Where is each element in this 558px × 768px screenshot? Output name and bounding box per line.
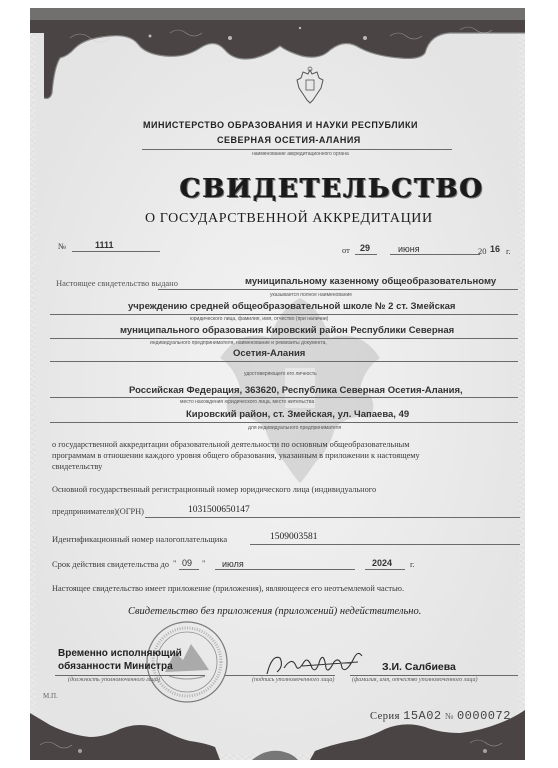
signatory-name: З.И. Салбиева [382, 661, 456, 673]
number-label: № [58, 241, 66, 251]
issue-month-underline [390, 254, 480, 255]
issued-to-line-3: муниципального образования Кировский рай… [120, 325, 454, 336]
signatory-position-caption: (должность уполномоченного лица) [68, 677, 160, 683]
issue-date-prefix: от [342, 245, 350, 255]
signatory-position-line-2: обязанности Министра [58, 661, 173, 673]
issue-day: 29 [360, 243, 370, 253]
bottom-ornament-border [30, 695, 525, 760]
issued-to-line-6: Кировский район, ст. Змейская, ул. Чапае… [186, 409, 409, 420]
issued-to-caption-2: юридического лица, фамилия, имя, отчеств… [190, 316, 328, 322]
coat-of-arms-icon [295, 66, 325, 104]
issued-to-label: Настоящее свидетельство выдано [56, 278, 178, 288]
inn-value: 1509003581 [270, 532, 318, 542]
validity-label: Срок действия свидетельства до [52, 559, 169, 569]
issued-to-line-4: Осетия-Алания [233, 348, 305, 359]
inn-label: Идентификационный номер налогоплательщик… [52, 534, 227, 544]
issued-to-caption-4: удостоверяющего его личность [244, 371, 317, 377]
issued-to-caption-5: место нахождения юридического лица, мест… [180, 399, 314, 405]
signatory-name-caption: (фамилия, имя, отчество уполномоченного … [352, 677, 477, 683]
authority-line-1: МИНИСТЕРСТВО ОБРАЗОВАНИЯ И НАУКИ РЕСПУБЛ… [143, 120, 418, 130]
validity-day: 09 [182, 558, 192, 568]
issued-to-line-2: учреждению средней общеобразовательной ш… [128, 301, 455, 312]
validity-year-underline [365, 569, 405, 570]
issued-to-underline-3 [50, 338, 518, 339]
ogrn-value: 1031500650147 [188, 505, 250, 515]
issued-to-line-5: Российская Федерация, 363620, Республика… [129, 385, 463, 396]
validity-open-quote: " [173, 558, 176, 568]
certificate-number: 1111 [95, 240, 114, 250]
signatory-name-underline [350, 675, 518, 676]
validity-year: 2024 [372, 558, 392, 568]
ogrn-underline [145, 517, 520, 518]
accreditation-text-line-2: программам в отношении каждого уровня об… [52, 451, 420, 460]
certificate-title: СВИДЕТЕЛЬСТВО [180, 174, 484, 204]
signature-underline [225, 675, 335, 676]
issued-to-caption-1: указывается полное наименование [270, 292, 352, 298]
issued-to-underline-5 [50, 397, 518, 398]
validity-year-unit: г. [410, 559, 415, 569]
number-underline [72, 251, 160, 252]
authority-line-2: СЕВЕРНАЯ ОСЕТИЯ-АЛАНИЯ [217, 135, 361, 145]
certificate-page: МИНИСТЕРСТВО ОБРАЗОВАНИЯ И НАУКИ РЕСПУБЛ… [30, 8, 525, 760]
issued-to-line-1: муниципальному казенному общеобразовател… [245, 276, 496, 287]
authority-caption: наименование аккредитационного органа [252, 151, 349, 157]
ogrn-label-line-2: предпринимателя)(ОГРН) [52, 507, 144, 516]
ogrn-label-line-1: Основной государственный регистрационный… [52, 485, 376, 494]
issued-to-caption-6: для индивидуального предпринимателя [248, 425, 341, 431]
signatory-position-line-1: Временно исполняющий [58, 648, 182, 660]
issue-year-suffix: 16 [490, 244, 500, 254]
appendix-note: Настоящее свидетельство имеет приложение… [52, 584, 404, 593]
issue-day-underline [355, 254, 377, 255]
inn-underline [250, 544, 520, 545]
issued-to-caption-3: индивидуального предпринимателя, наимено… [150, 340, 327, 346]
validity-day-underline [179, 569, 199, 570]
validity-month-underline [215, 569, 355, 570]
issued-to-underline-6 [50, 422, 518, 423]
issued-to-underline-2 [50, 314, 518, 315]
validity-month: июля [222, 559, 244, 569]
issued-to-underline-4 [50, 361, 518, 362]
issue-month: июня [398, 244, 420, 254]
issue-year-unit: г. [506, 246, 511, 256]
top-ornament-border [30, 8, 525, 108]
certificate-subtitle: О ГОСУДАРСТВЕННОЙ АККРЕДИТАЦИИ [145, 211, 433, 227]
issued-to-underline-1 [158, 289, 518, 290]
invalid-note: Свидетельство без приложения (приложений… [128, 606, 421, 617]
accreditation-text-line-1: о государственной аккредитации образоват… [52, 440, 409, 449]
issue-year-prefix: 20 [478, 246, 487, 256]
signature-caption: (подпись уполномоченного лица) [252, 677, 334, 683]
validity-close-quote: " [202, 558, 205, 568]
accreditation-text-line-3: свидетельству [52, 462, 102, 471]
signatory-position-underline [55, 675, 205, 676]
authority-underline [142, 149, 452, 150]
